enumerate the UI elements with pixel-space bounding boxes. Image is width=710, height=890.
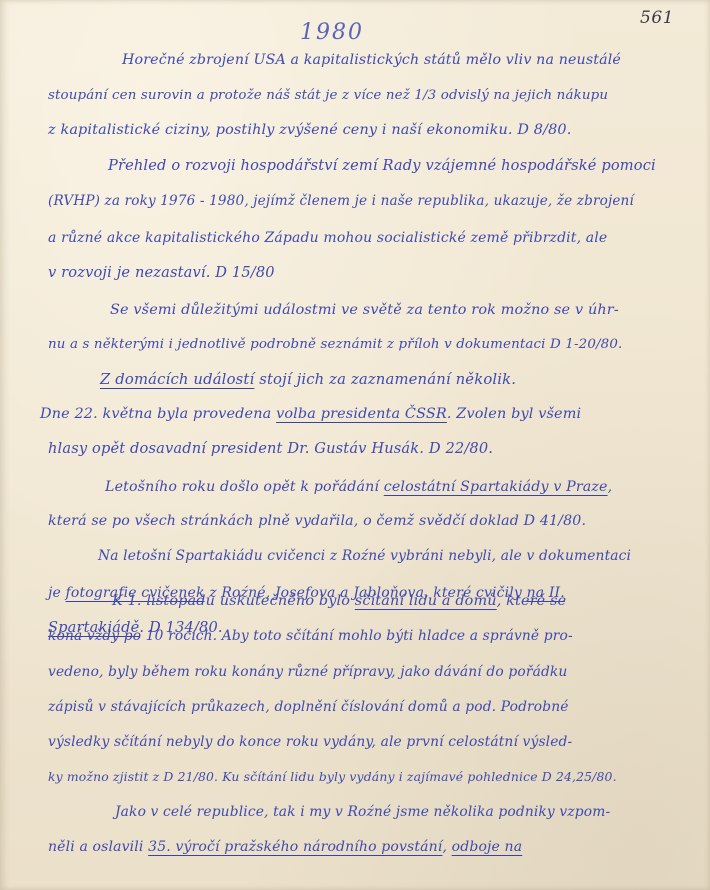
text-segment: Letošního roku došlo opět k pořádání	[105, 479, 384, 495]
text-segment: která se po všech stránkách plně vydařil…	[48, 513, 586, 529]
underlined-phrase: odboje na	[452, 839, 523, 855]
text-segment: a různé akce kapitalistického Západu moh…	[48, 230, 607, 246]
text-line: ky možno zjistit z D 21/80. Ku sčítání l…	[48, 769, 617, 784]
text-segment: koná vždy po 10 rocích. Aby toto sčítání…	[48, 628, 573, 644]
underlined-phrase: Z domácích událostí	[100, 371, 254, 388]
year-heading: 1980	[300, 20, 364, 45]
text-segment: z kapitalistické ciziny, postihly zvýšen…	[48, 122, 571, 138]
text-segment: K 1. listopadu uskutečněno bylo	[112, 593, 355, 609]
text-line: Horečné zbrojení USA a kapitalistických …	[122, 52, 621, 68]
text-line: koná vždy po 10 rocích. Aby toto sčítání…	[48, 628, 573, 644]
text-segment: Přehled o rozvoji hospodářství zemí Rady…	[108, 157, 656, 174]
text-line: zápisů v stávajících průkazech, doplnění…	[48, 699, 569, 715]
text-segment: výsledky sčítání nebyly do konce roku vy…	[48, 734, 572, 750]
text-line: Letošního roku došlo opět k pořádání cel…	[105, 479, 612, 495]
text-line: Z domácích událostí stojí jich za zaznam…	[100, 371, 516, 388]
text-line: Se všemi důležitými událostmi ve světě z…	[110, 302, 619, 318]
text-segment: zápisů v stávajících průkazech, doplnění…	[48, 699, 569, 715]
text-segment: stojí jich za zaznamenání několik.	[254, 371, 516, 388]
text-line: a různé akce kapitalistického Západu moh…	[48, 230, 607, 246]
text-segment: Na letošní Spartakiádu cvičenci z Roźné …	[98, 548, 631, 564]
text-line: výsledky sčítání nebyly do konce roku vy…	[48, 734, 572, 750]
text-segment: Horečné zbrojení USA a kapitalistických …	[122, 52, 621, 68]
text-segment: hlasy opět dosavadní president Dr. Gustá…	[48, 440, 493, 457]
underlined-phrase: volba presidenta ČSSR	[276, 406, 447, 422]
text-line: hlasy opět dosavadní president Dr. Gustá…	[48, 440, 493, 457]
underlined-phrase: celostátní Spartakiády v Praze	[384, 479, 608, 495]
text-line: stoupání cen surovin a protože náš stát …	[48, 88, 608, 103]
text-segment: Se všemi důležitými událostmi ve světě z…	[110, 302, 619, 318]
text-line: K 1. listopadu uskutečněno bylo sčítání …	[112, 593, 566, 609]
page-number: 561	[640, 8, 674, 28]
text-segment: Jako v celé republice, tak i my v Roźné …	[115, 804, 610, 820]
text-line: nu a s některými i jednotlivě podrobně s…	[48, 337, 622, 352]
text-line: něli a oslavili 35. výročí pražského nár…	[48, 839, 522, 855]
text-segment: Dne 22. května byla provedena	[40, 406, 276, 422]
text-segment: v rozvoji je nezastaví. D 15/80	[48, 264, 275, 281]
underlined-phrase: 35. výročí pražského národního povstání	[148, 839, 442, 855]
text-segment: nu a s některými i jednotlivě podrobně s…	[48, 337, 622, 352]
text-segment: ky možno zjistit z D 21/80. Ku sčítání l…	[48, 769, 617, 784]
text-line: Přehled o rozvoji hospodářství zemí Rady…	[108, 157, 656, 174]
text-segment: něli a oslavili	[48, 839, 148, 855]
text-line: z kapitalistické ciziny, postihly zvýšen…	[48, 122, 571, 138]
text-line: v rozvoji je nezastaví. D 15/80	[48, 264, 275, 281]
text-segment: , které se	[497, 593, 567, 609]
text-line: vedeno, byly během roku konány různé pří…	[48, 664, 567, 680]
text-line: Dne 22. května byla provedena volba pres…	[40, 406, 581, 422]
text-segment: ,	[442, 839, 451, 855]
text-line: Na letošní Spartakiádu cvičenci z Roźné …	[98, 548, 631, 564]
text-segment: stoupání cen surovin a protože náš stát …	[48, 88, 608, 103]
text-line: Jako v celé republice, tak i my v Roźné …	[115, 804, 610, 820]
text-line: (RVHP) za roky 1976 - 1980, jejímž člene…	[48, 193, 634, 209]
text-segment: ,	[608, 479, 613, 495]
text-segment: je	[48, 585, 66, 601]
text-segment: . Zvolen byl všemi	[447, 406, 581, 422]
text-line: která se po všech stránkách plně vydařil…	[48, 513, 586, 529]
text-segment: (RVHP) za roky 1976 - 1980, jejímž člene…	[48, 193, 634, 209]
chronicle-page: 561 1980 Horečné zbrojení USA a kapitali…	[0, 0, 710, 890]
text-segment: vedeno, byly během roku konány různé pří…	[48, 664, 567, 680]
underlined-phrase: sčítání lidu a domů	[355, 593, 497, 609]
